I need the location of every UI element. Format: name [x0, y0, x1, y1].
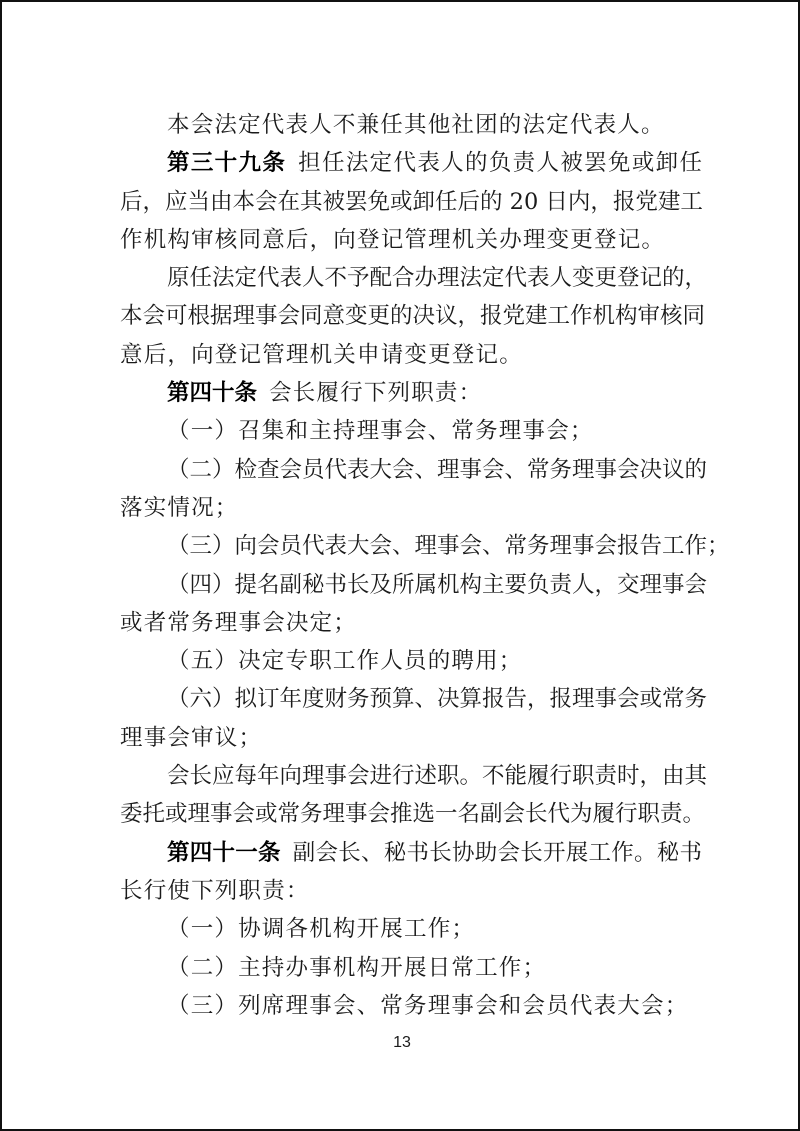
paragraph-former-legal-rep: 原任法定代表人不予配合办理法定代表人变更登记的， — [120, 259, 702, 297]
article-41-heading: 第四十一条 — [167, 840, 281, 866]
paragraph-legal-rep-no-concurrent: 本会法定代表人不兼任其他社团的法定代表人。 — [120, 106, 702, 144]
article-41-item-1: （一）协调各机构开展工作； — [120, 910, 702, 948]
article-40-item-6: （六）拟订年度财务预算、决算报告，报理事会或常务 — [120, 680, 702, 718]
article-40-item-2-line: 落实情况； — [120, 489, 702, 527]
paragraph-former-legal-rep-line: 意后，向登记管理机关申请变更登记。 — [120, 336, 702, 374]
article-40-heading: 第四十条 — [167, 380, 257, 406]
paragraph-president-report-line: 委托或理事会或常务理事会推选一名副会长代为履行职责。 — [120, 795, 702, 833]
article-40-item-1: （一）召集和主持理事会、常务理事会； — [120, 412, 702, 450]
article-40-item-4-line: 或者常务理事会决定； — [120, 604, 702, 642]
article-40-text: 会长履行下列职责： — [269, 380, 482, 406]
article-40-item-5: （五）决定专职工作人员的聘用； — [120, 642, 702, 680]
paragraph-president-report: 会长应每年向理事会进行述职。不能履行职责时，由其 — [120, 757, 702, 795]
article-41-line: 长行使下列职责： — [120, 872, 702, 910]
document-page: 本会法定代表人不兼任其他社团的法定代表人。 第三十九条担任法定代表人的负责人被罢… — [0, 0, 800, 1131]
article-39-line: 后，应当由本会在其被罢免或卸任后的 20 日内，报党建工 — [120, 183, 702, 221]
article-39-line: 作机构审核同意后，向登记管理机关办理变更登记。 — [120, 221, 702, 259]
article-40-item-3: （三）向会员代表大会、理事会、常务理事会报告工作； — [120, 527, 702, 565]
page-number: 13 — [2, 1034, 800, 1052]
article-41-item-2: （二）主持办事机构开展日常工作； — [120, 949, 702, 987]
article-39-heading: 第三十九条 — [167, 150, 286, 176]
article-41-text: 副会长、秘书长协助会长开展工作。秘书 — [293, 840, 702, 866]
article-40-heading-line: 第四十条会长履行下列职责： — [120, 374, 702, 412]
paragraph-former-legal-rep-line: 本会可根据理事会同意变更的决议，报党建工作机构审核同 — [120, 297, 702, 335]
article-40-item-2: （二）检查会员代表大会、理事会、常务理事会决议的 — [120, 451, 702, 489]
article-41-heading-line: 第四十一条副会长、秘书长协助会长开展工作。秘书 — [120, 834, 702, 872]
article-40-item-6-line: 理事会审议； — [120, 719, 702, 757]
article-41-item-3: （三）列席理事会、常务理事会和会员代表大会； — [120, 987, 702, 1025]
document-body: 本会法定代表人不兼任其他社团的法定代表人。 第三十九条担任法定代表人的负责人被罢… — [120, 106, 702, 1025]
article-39-heading-line: 第三十九条担任法定代表人的负责人被罢免或卸任 — [120, 144, 702, 182]
article-40-item-4: （四）提名副秘书长及所属机构主要负责人，交理事会 — [120, 566, 702, 604]
article-39-text: 担任法定代表人的负责人被罢免或卸任 — [298, 150, 702, 176]
